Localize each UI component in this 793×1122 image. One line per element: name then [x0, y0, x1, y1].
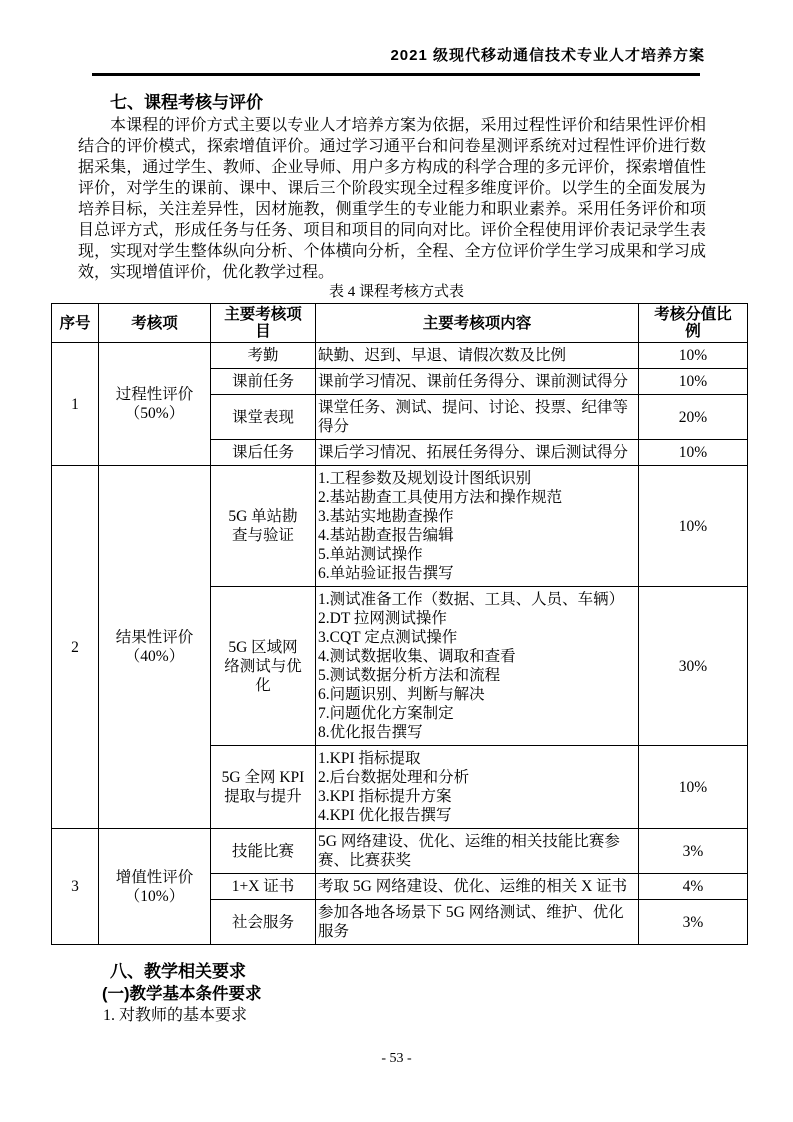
section-8-item: 1. 对教师的基本要求	[103, 1006, 247, 1026]
cell-group-category: 结果性评价 （40%）	[99, 466, 211, 829]
table-row: 3 增值性评价 （10%） 技能比赛 5G 网络建设、优化、运维的相关技能比赛参…	[52, 829, 748, 874]
cell-group-category: 增值性评价 （10%）	[99, 829, 211, 945]
cell-item: 课后任务	[211, 440, 316, 466]
cell-content: 1.测试准备工作（数据、工具、人员、车辆） 2.DT 拉网测试操作 3.CQT …	[316, 587, 639, 746]
cell-content: 课堂任务、测试、提问、讨论、投票、纪律等得分	[316, 395, 639, 440]
cell-group-no: 1	[52, 343, 99, 466]
document-page: 2021 级现代移动通信技术专业人才培养方案 七、课程考核与评价 本课程的评价方…	[0, 0, 793, 1122]
cell-group-no: 3	[52, 829, 99, 945]
col-header-ratio: 考核分值比 例	[639, 304, 748, 343]
section-8-subheading: (一)教学基本条件要求	[102, 984, 262, 1004]
table-header-row: 序号 考核项 主要考核项 目 主要考核项内容 考核分值比 例	[52, 304, 748, 343]
cell-item: 课前任务	[211, 369, 316, 395]
cell-content: 参加各地各场景下 5G 网络测试、维护、优化服务	[316, 900, 639, 945]
cell-ratio: 20%	[639, 395, 748, 440]
intro-paragraph: 本课程的评价方式主要以专业人才培养方案为依据，采用过程性评价和结果性评价相结合的…	[78, 115, 706, 283]
cell-item: 1+X 证书	[211, 874, 316, 900]
header-rule	[92, 73, 700, 76]
cell-group-no: 2	[52, 466, 99, 829]
cell-ratio: 10%	[639, 440, 748, 466]
cell-content: 5G 网络建设、优化、运维的相关技能比赛参赛、比赛获奖	[316, 829, 639, 874]
col-header-category: 考核项	[99, 304, 211, 343]
section-8-title: 八、教学相关要求	[110, 962, 246, 982]
cell-content: 1.工程参数及规划设计图纸识别 2.基站勘查工具使用方法和操作规范 3.基站实地…	[316, 466, 639, 587]
running-header: 2021 级现代移动通信技术专业人才培养方案	[92, 46, 705, 66]
section-7-title: 七、课程考核与评价	[110, 93, 263, 113]
assessment-table: 序号 考核项 主要考核项 目 主要考核项内容 考核分值比 例 1 过程性评价 （…	[51, 303, 748, 945]
cell-item: 社会服务	[211, 900, 316, 945]
cell-ratio: 10%	[639, 466, 748, 587]
col-header-content: 主要考核项内容	[316, 304, 639, 343]
cell-content: 课前学习情况、课前任务得分、课前测试得分	[316, 369, 639, 395]
col-header-item: 主要考核项 目	[211, 304, 316, 343]
cell-ratio: 10%	[639, 746, 748, 829]
cell-item: 5G 单站勘 查与验证	[211, 466, 316, 587]
cell-item: 技能比赛	[211, 829, 316, 874]
cell-item: 5G 全网 KPI 提取与提升	[211, 746, 316, 829]
cell-item: 5G 区域网 络测试与优 化	[211, 587, 316, 746]
cell-ratio: 10%	[639, 369, 748, 395]
cell-item: 考勤	[211, 343, 316, 369]
cell-content: 考取 5G 网络建设、优化、运维的相关 X 证书	[316, 874, 639, 900]
cell-ratio: 4%	[639, 874, 748, 900]
cell-group-category: 过程性评价 （50%）	[99, 343, 211, 466]
cell-ratio: 10%	[639, 343, 748, 369]
cell-content: 1.KPI 指标提取 2.后台数据处理和分析 3.KPI 指标提升方案 4.KP…	[316, 746, 639, 829]
cell-ratio: 30%	[639, 587, 748, 746]
cell-item: 课堂表现	[211, 395, 316, 440]
cell-ratio: 3%	[639, 829, 748, 874]
cell-content: 缺勤、迟到、早退、请假次数及比例	[316, 343, 639, 369]
table-row: 1 过程性评价 （50%） 考勤 缺勤、迟到、早退、请假次数及比例 10%	[52, 343, 748, 369]
cell-ratio: 3%	[639, 900, 748, 945]
cell-content: 课后学习情况、拓展任务得分、课后测试得分	[316, 440, 639, 466]
page-number: - 53 -	[0, 1051, 793, 1067]
table-caption: 表 4 课程考核方式表	[0, 284, 793, 300]
table-row: 2 结果性评价 （40%） 5G 单站勘 查与验证 1.工程参数及规划设计图纸识…	[52, 466, 748, 587]
col-header-no: 序号	[52, 304, 99, 343]
